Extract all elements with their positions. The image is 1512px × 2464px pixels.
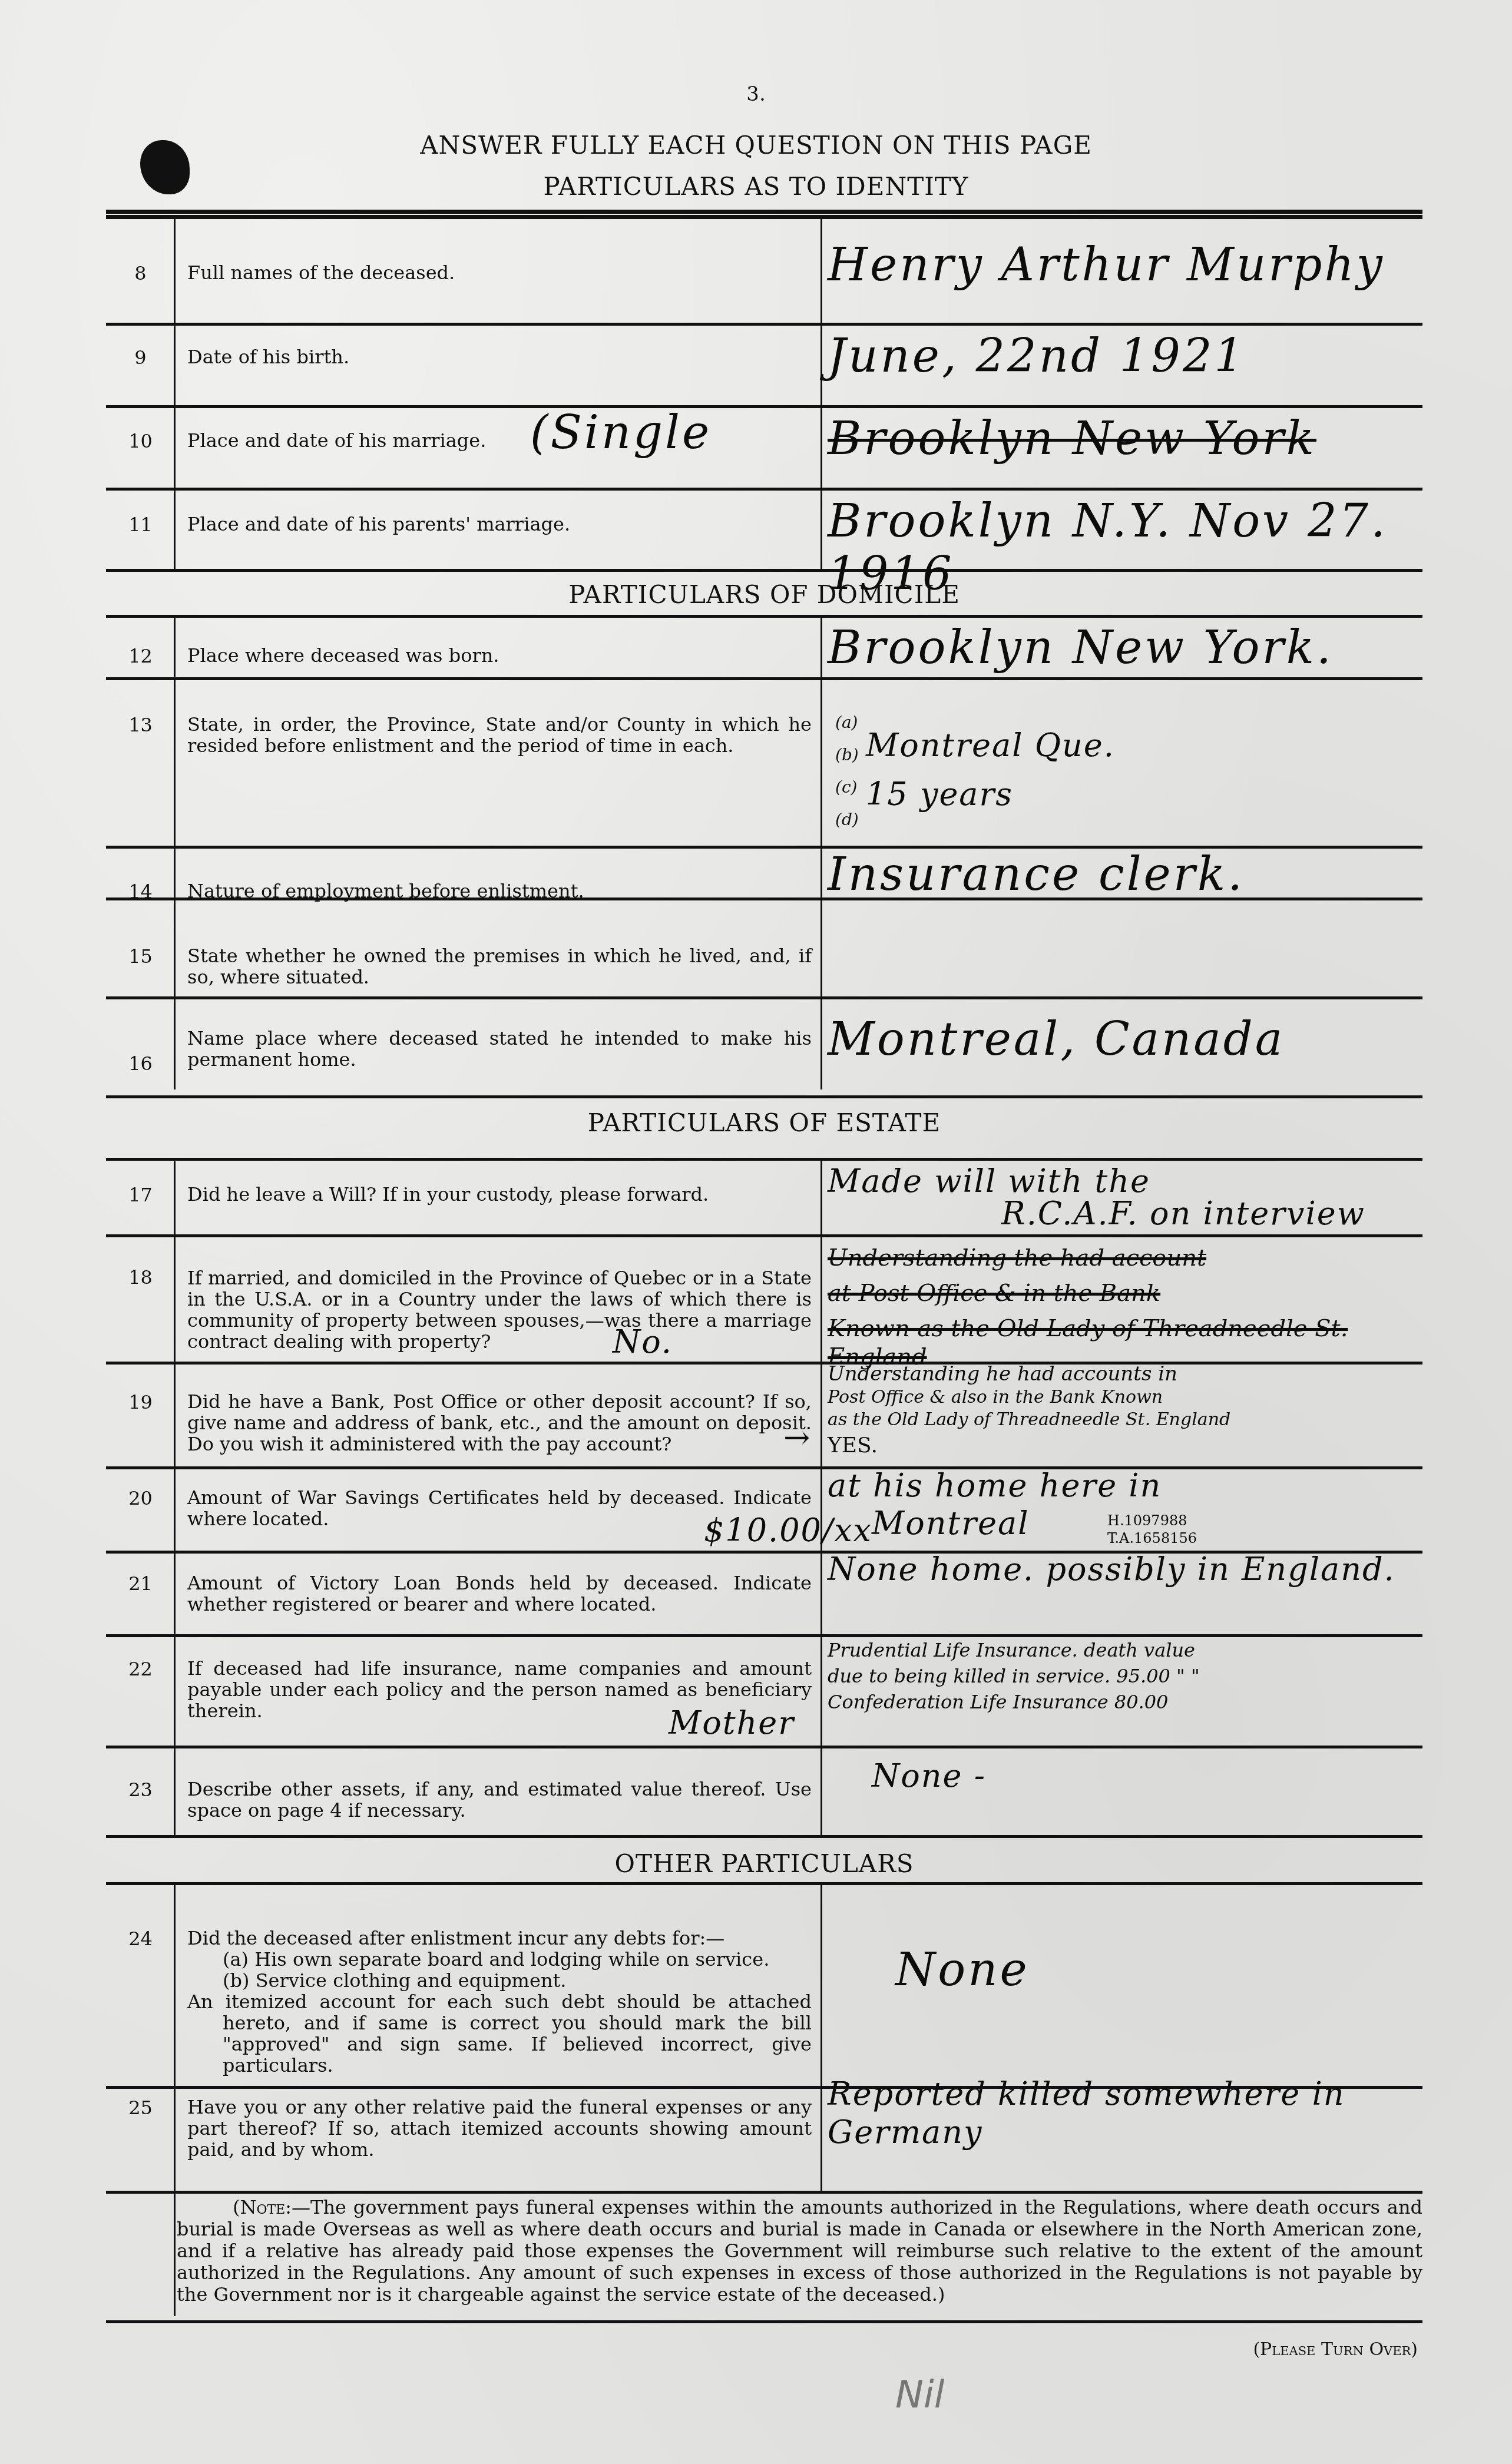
row-rule xyxy=(106,677,1422,680)
answer-full-name[interactable]: Henry Arthur Murphy xyxy=(828,239,1422,292)
answer-will-line1[interactable]: Made will with the xyxy=(828,1163,1422,1200)
section-title-identity: PARTICULARS AS TO IDENTITY xyxy=(0,172,1512,201)
question-number: 16 xyxy=(106,1052,175,1075)
section-rule xyxy=(106,1158,1422,1161)
row-rule xyxy=(106,1095,1422,1098)
question-number: 17 xyxy=(106,1184,175,1206)
row-rule xyxy=(106,1746,1422,1748)
please-turn-over: (Please Turn Over) xyxy=(1253,2339,1418,2360)
question-number: 13 xyxy=(106,714,175,736)
answer-certificates-city[interactable]: Montreal xyxy=(872,1505,1107,1542)
funeral-expenses-note: (Note:—The government pays funeral expen… xyxy=(177,2197,1422,2306)
margin-note-beneficiary: Mother xyxy=(669,1705,795,1741)
answer-struck-line[interactable]: at Post Office & in the Bank xyxy=(828,1279,1422,1307)
column-divider-number xyxy=(174,617,176,1089)
question-number: 20 xyxy=(106,1487,175,1509)
answer-employment[interactable]: Insurance clerk. xyxy=(828,848,1422,901)
answer-victory-bonds[interactable]: None home. possibly in England. xyxy=(828,1551,1422,1588)
pencil-note: Nil xyxy=(895,2373,944,2417)
question-number: 24 xyxy=(106,1928,175,1950)
question-number: 11 xyxy=(106,514,175,536)
question-text: Describe other assets, if any, and estim… xyxy=(187,1779,812,1821)
answer-other-assets[interactable]: None - xyxy=(872,1758,1467,1794)
question-number: 25 xyxy=(106,2097,175,2119)
margin-note-amount: $10.00/xx xyxy=(704,1512,872,1549)
note-text: —The government pays funeral expenses wi… xyxy=(177,2196,1422,2306)
question-text: Did he leave a Will? If in your custody,… xyxy=(187,1184,812,1205)
answer-struck-line[interactable]: Understanding the had account xyxy=(828,1244,1422,1272)
answer-will-line2[interactable]: R.C.A.F. on interview xyxy=(1001,1195,1425,1232)
question-sub-a: (a) His own separate board and lodging w… xyxy=(187,1949,812,1970)
row-rule xyxy=(106,2191,1422,2194)
margin-note-single: (Single xyxy=(530,406,712,459)
answer-insurance-line[interactable]: Confederation Life Insurance 80.00 xyxy=(828,1689,1422,1715)
section-title-other: OTHER PARTICULARS xyxy=(106,1849,1422,1878)
answer-funeral-line1[interactable]: Reported killed somewhere in xyxy=(828,2076,1422,2112)
answer-date-of-birth[interactable]: June, 22nd 1921 xyxy=(828,330,1422,383)
question-text: Amount of Victory Loan Bonds held by dec… xyxy=(187,1572,812,1615)
top-double-rule xyxy=(106,210,1422,219)
answer-administer-yes[interactable]: YES. xyxy=(828,1433,1422,1458)
question-number: 18 xyxy=(106,1266,175,1289)
question-text: Did he have a Bank, Post Office or other… xyxy=(187,1391,812,1455)
answer-funeral-line2[interactable]: Germany xyxy=(828,2114,1422,2151)
section-title-domicile: PARTICULARS OF DOMICILE xyxy=(106,580,1422,609)
question-sub-b: (b) Service clothing and equipment. xyxy=(187,1970,812,1991)
question-instructions: An itemized account for each such debt s… xyxy=(187,1991,812,2076)
sub-label-a: (a) xyxy=(835,713,858,732)
question-intro: Did the deceased after enlistment incur … xyxy=(187,1927,724,1949)
column-divider-answer xyxy=(820,617,822,1089)
row-rule xyxy=(106,405,1422,408)
answer-certificates-location[interactable]: at his home here in xyxy=(828,1468,1422,1504)
question-number: 19 xyxy=(106,1391,175,1413)
bottom-rule xyxy=(106,2320,1422,2323)
answer-insurance-line[interactable]: due to being killed in service. 95.00 " … xyxy=(828,1663,1422,1689)
question-text: Nature of employment before enlistment. xyxy=(187,880,812,902)
answer-bank-line[interactable]: as the Old Lady of Threadneedle St. Engl… xyxy=(828,1409,1422,1431)
sub-label-c: (c) xyxy=(835,777,858,797)
section-title-estate: PARTICULARS OF ESTATE xyxy=(106,1108,1422,1137)
question-text: State whether he owned the premises in w… xyxy=(187,945,812,988)
row-rule xyxy=(106,1234,1422,1237)
question-text: Place and date of his marriage. xyxy=(187,430,517,451)
answer-permanent-home[interactable]: Montreal, Canada xyxy=(828,1013,1422,1066)
question-number: 23 xyxy=(106,1779,175,1801)
certificate-number: T.A.1658156 xyxy=(1107,1530,1284,1546)
answer-debts[interactable]: None xyxy=(895,1943,1490,1996)
column-divider-answer xyxy=(820,219,822,569)
page-number: 3. xyxy=(0,82,1512,106)
section-rule xyxy=(106,1882,1422,1885)
answer-residence-b[interactable]: Montreal Que. xyxy=(866,727,1461,764)
answer-insurance-line[interactable]: Prudential Life Insurance. death value xyxy=(828,1637,1422,1663)
question-number: 10 xyxy=(106,430,175,452)
certificate-number: H.1097988 xyxy=(1107,1512,1284,1529)
question-number: 8 xyxy=(106,262,175,284)
margin-note-no: No. xyxy=(613,1324,673,1360)
row-rule xyxy=(106,1835,1422,1838)
answer-marriage-place-struck[interactable]: Brooklyn New York xyxy=(828,412,1422,465)
answer-birthplace[interactable]: Brooklyn New York. xyxy=(828,621,1422,674)
question-text: If married, and domiciled in the Provinc… xyxy=(187,1267,812,1352)
answer-bank-line[interactable]: Post Office & also in the Bank Known xyxy=(828,1386,1422,1409)
question-number: 12 xyxy=(106,645,175,667)
question-text-24: Did the deceased after enlistment incur … xyxy=(187,1928,812,2076)
question-number: 15 xyxy=(106,945,175,968)
row-rule xyxy=(106,996,1422,999)
answer-residence-c[interactable]: 15 years xyxy=(866,776,1461,813)
section-rule xyxy=(106,615,1422,618)
row-rule xyxy=(106,488,1422,491)
sub-label-b: (b) xyxy=(835,745,859,764)
question-text: State, in order, the Province, State and… xyxy=(187,714,812,756)
sub-label-d: (d) xyxy=(835,810,859,829)
column-divider-number xyxy=(174,2193,176,2316)
question-number: 14 xyxy=(106,880,175,903)
note-label: (Note: xyxy=(233,2196,292,2218)
column-divider-answer xyxy=(820,1884,822,2191)
question-text: Place where deceased was born. xyxy=(187,645,812,666)
question-text: Date of his birth. xyxy=(187,346,812,367)
row-rule xyxy=(106,323,1422,326)
question-text: Place and date of his parents' marriage. xyxy=(187,514,812,535)
column-divider-answer xyxy=(820,1160,822,1836)
arrow-icon: → xyxy=(783,1419,811,1456)
question-number: 9 xyxy=(106,346,175,369)
question-text: Full names of the deceased. xyxy=(187,262,812,283)
page-heading: ANSWER FULLY EACH QUESTION ON THIS PAGE xyxy=(0,131,1512,160)
question-number: 22 xyxy=(106,1658,175,1680)
question-text: Have you or any other relative paid the … xyxy=(187,2097,812,2160)
question-text: Name place where deceased stated he inte… xyxy=(187,1028,812,1070)
question-number: 21 xyxy=(106,1572,175,1595)
answer-bank-line[interactable]: Understanding he had accounts in xyxy=(828,1362,1422,1386)
